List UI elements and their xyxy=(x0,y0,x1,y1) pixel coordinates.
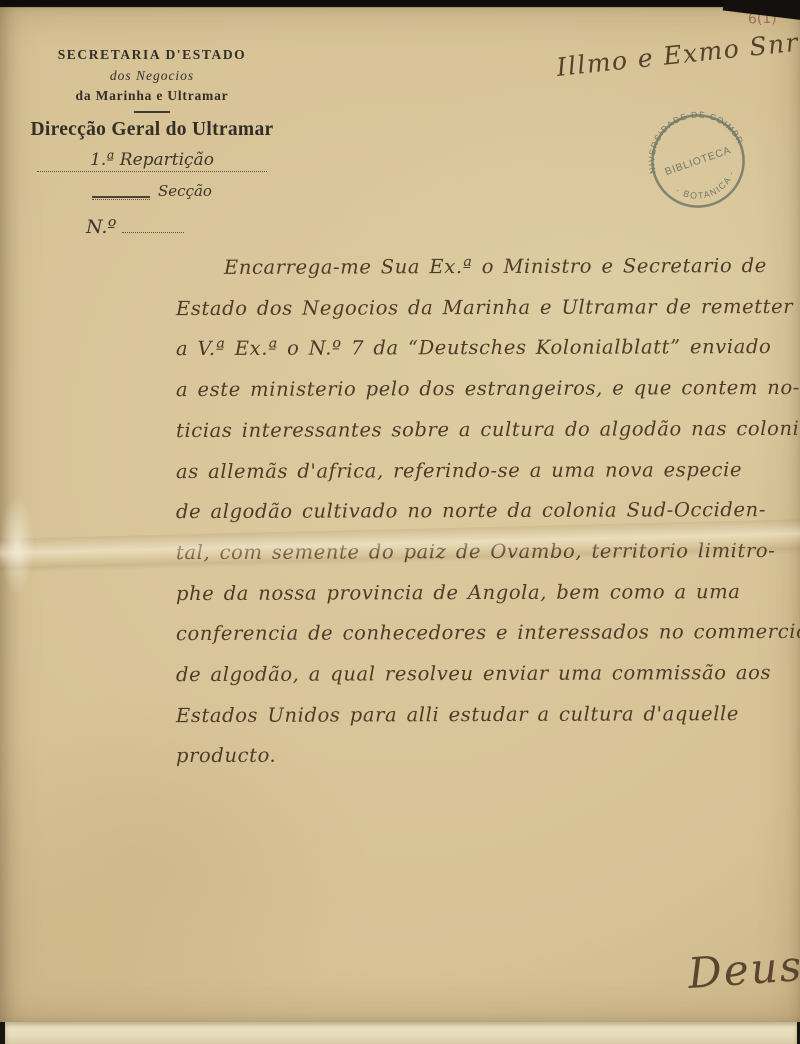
stamp-center-text: BIBLIOTECA xyxy=(664,145,733,178)
numero-blank-line xyxy=(122,223,184,233)
underlying-page-edge xyxy=(5,1022,797,1044)
body-text: Encarrega-me Sua Ex.ª o Ministro e Secre… xyxy=(176,247,790,776)
body-line: tal, com semente do paiz de Ovambo, terr… xyxy=(176,531,790,574)
letterhead-line1: SECRETARIA D'ESTADO xyxy=(28,47,276,63)
numero-line: N.º xyxy=(28,216,276,238)
letterhead-divider xyxy=(134,111,170,113)
body-line: a este ministerio pelo dos estrangeiros,… xyxy=(176,368,790,411)
seccao-blank-line xyxy=(92,196,150,200)
body-line: Encarrega-me Sua Ex.ª o Ministro e Secre… xyxy=(176,246,790,289)
body-line: producto. xyxy=(176,734,790,777)
body-line: de algodão, a qual resolveu enviar uma c… xyxy=(176,653,790,696)
letterhead-line3: da Marinha e Ultramar xyxy=(28,88,276,104)
letterhead-line2: dos Negocios xyxy=(28,68,276,84)
body-line: de algodão cultivado no norte da colonia… xyxy=(176,490,790,533)
closing-word: Deus xyxy=(686,941,800,998)
letter-paper: SECRETARIA D'ESTADO dos Negocios da Mari… xyxy=(0,7,800,1022)
numero-label: N.º xyxy=(86,216,116,238)
body-line: ticias interessantes sobre a cultura do … xyxy=(176,409,790,452)
body-line: Estados Unidos para alli estudar a cultu… xyxy=(176,694,790,737)
letterhead-department: Direcção Geral do Ultramar xyxy=(28,119,276,141)
document-scan: { "page": { "annotation": "6(1)", "salut… xyxy=(0,0,800,1044)
repartition-line: 1.ª Repartição xyxy=(28,150,276,172)
body-line: Estado dos Negocios da Marinha e Ultrama… xyxy=(176,287,790,330)
seccao-label: Secção xyxy=(158,182,212,200)
letterhead: SECRETARIA D'ESTADO dos Negocios da Mari… xyxy=(28,47,276,238)
body-line: as allemãs d'africa, referindo-se a uma … xyxy=(176,449,790,492)
left-edge-crinkle xyxy=(0,495,34,595)
seccao-line: Secção xyxy=(28,182,276,200)
body-line: phe da nossa provincia de Angola, bem co… xyxy=(176,572,790,615)
body-line: conferencia de conhecedores e interessad… xyxy=(176,612,790,655)
salutation: Illmo e Exmo Snr xyxy=(555,29,787,82)
scan-top-edge xyxy=(0,0,800,8)
body-line: a V.ª Ex.ª o N.º 7 da “Deutsches Kolonia… xyxy=(176,327,790,370)
library-stamp-icon: UNIVERSIDADE DE COIMBRA · BOTANICA · BIB… xyxy=(624,87,771,234)
repartition-label: 1.ª Repartição xyxy=(37,150,267,172)
